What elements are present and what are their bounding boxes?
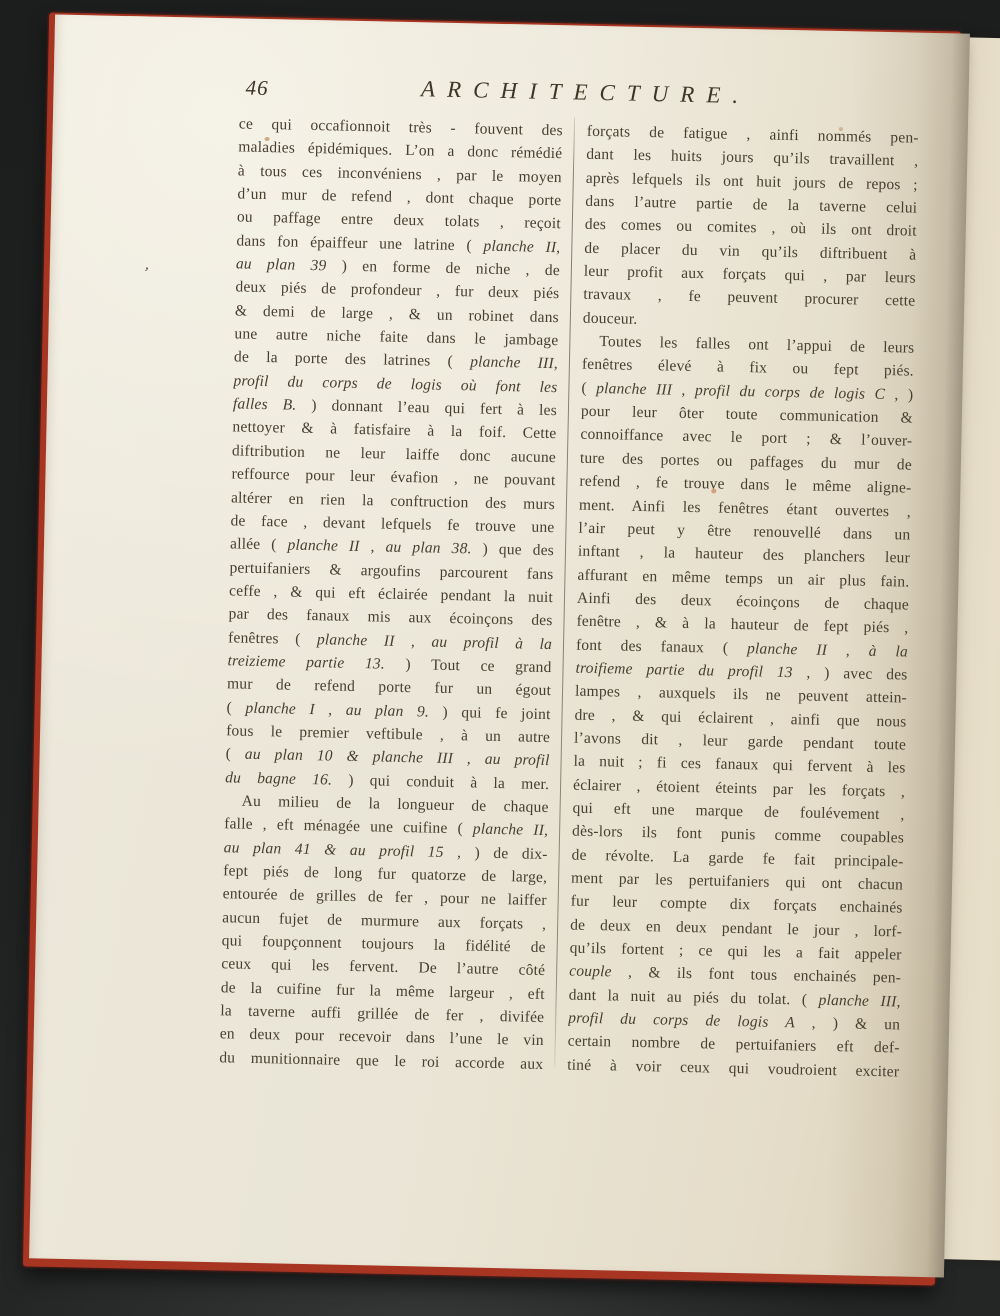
stray-ink-mark: ’ — [139, 264, 149, 283]
photo-background: 46 ARCHITECTURE. ’ ce qui occafionnoit t… — [0, 0, 1000, 1316]
text-column-left: ce qui occafionnoit très - fouvent desma… — [219, 112, 563, 1076]
running-title: ARCHITECTURE. — [239, 72, 919, 112]
foxing-spot — [711, 488, 716, 493]
text-column-right: forçats de fatigue , ainfi nommés pen-da… — [567, 120, 919, 1084]
foxing-spot — [839, 127, 843, 131]
page-number: 46 — [245, 76, 269, 101]
foxing-spot — [265, 137, 270, 141]
book-page: 46 ARCHITECTURE. ’ ce qui occafionnoit t… — [29, 15, 970, 1278]
